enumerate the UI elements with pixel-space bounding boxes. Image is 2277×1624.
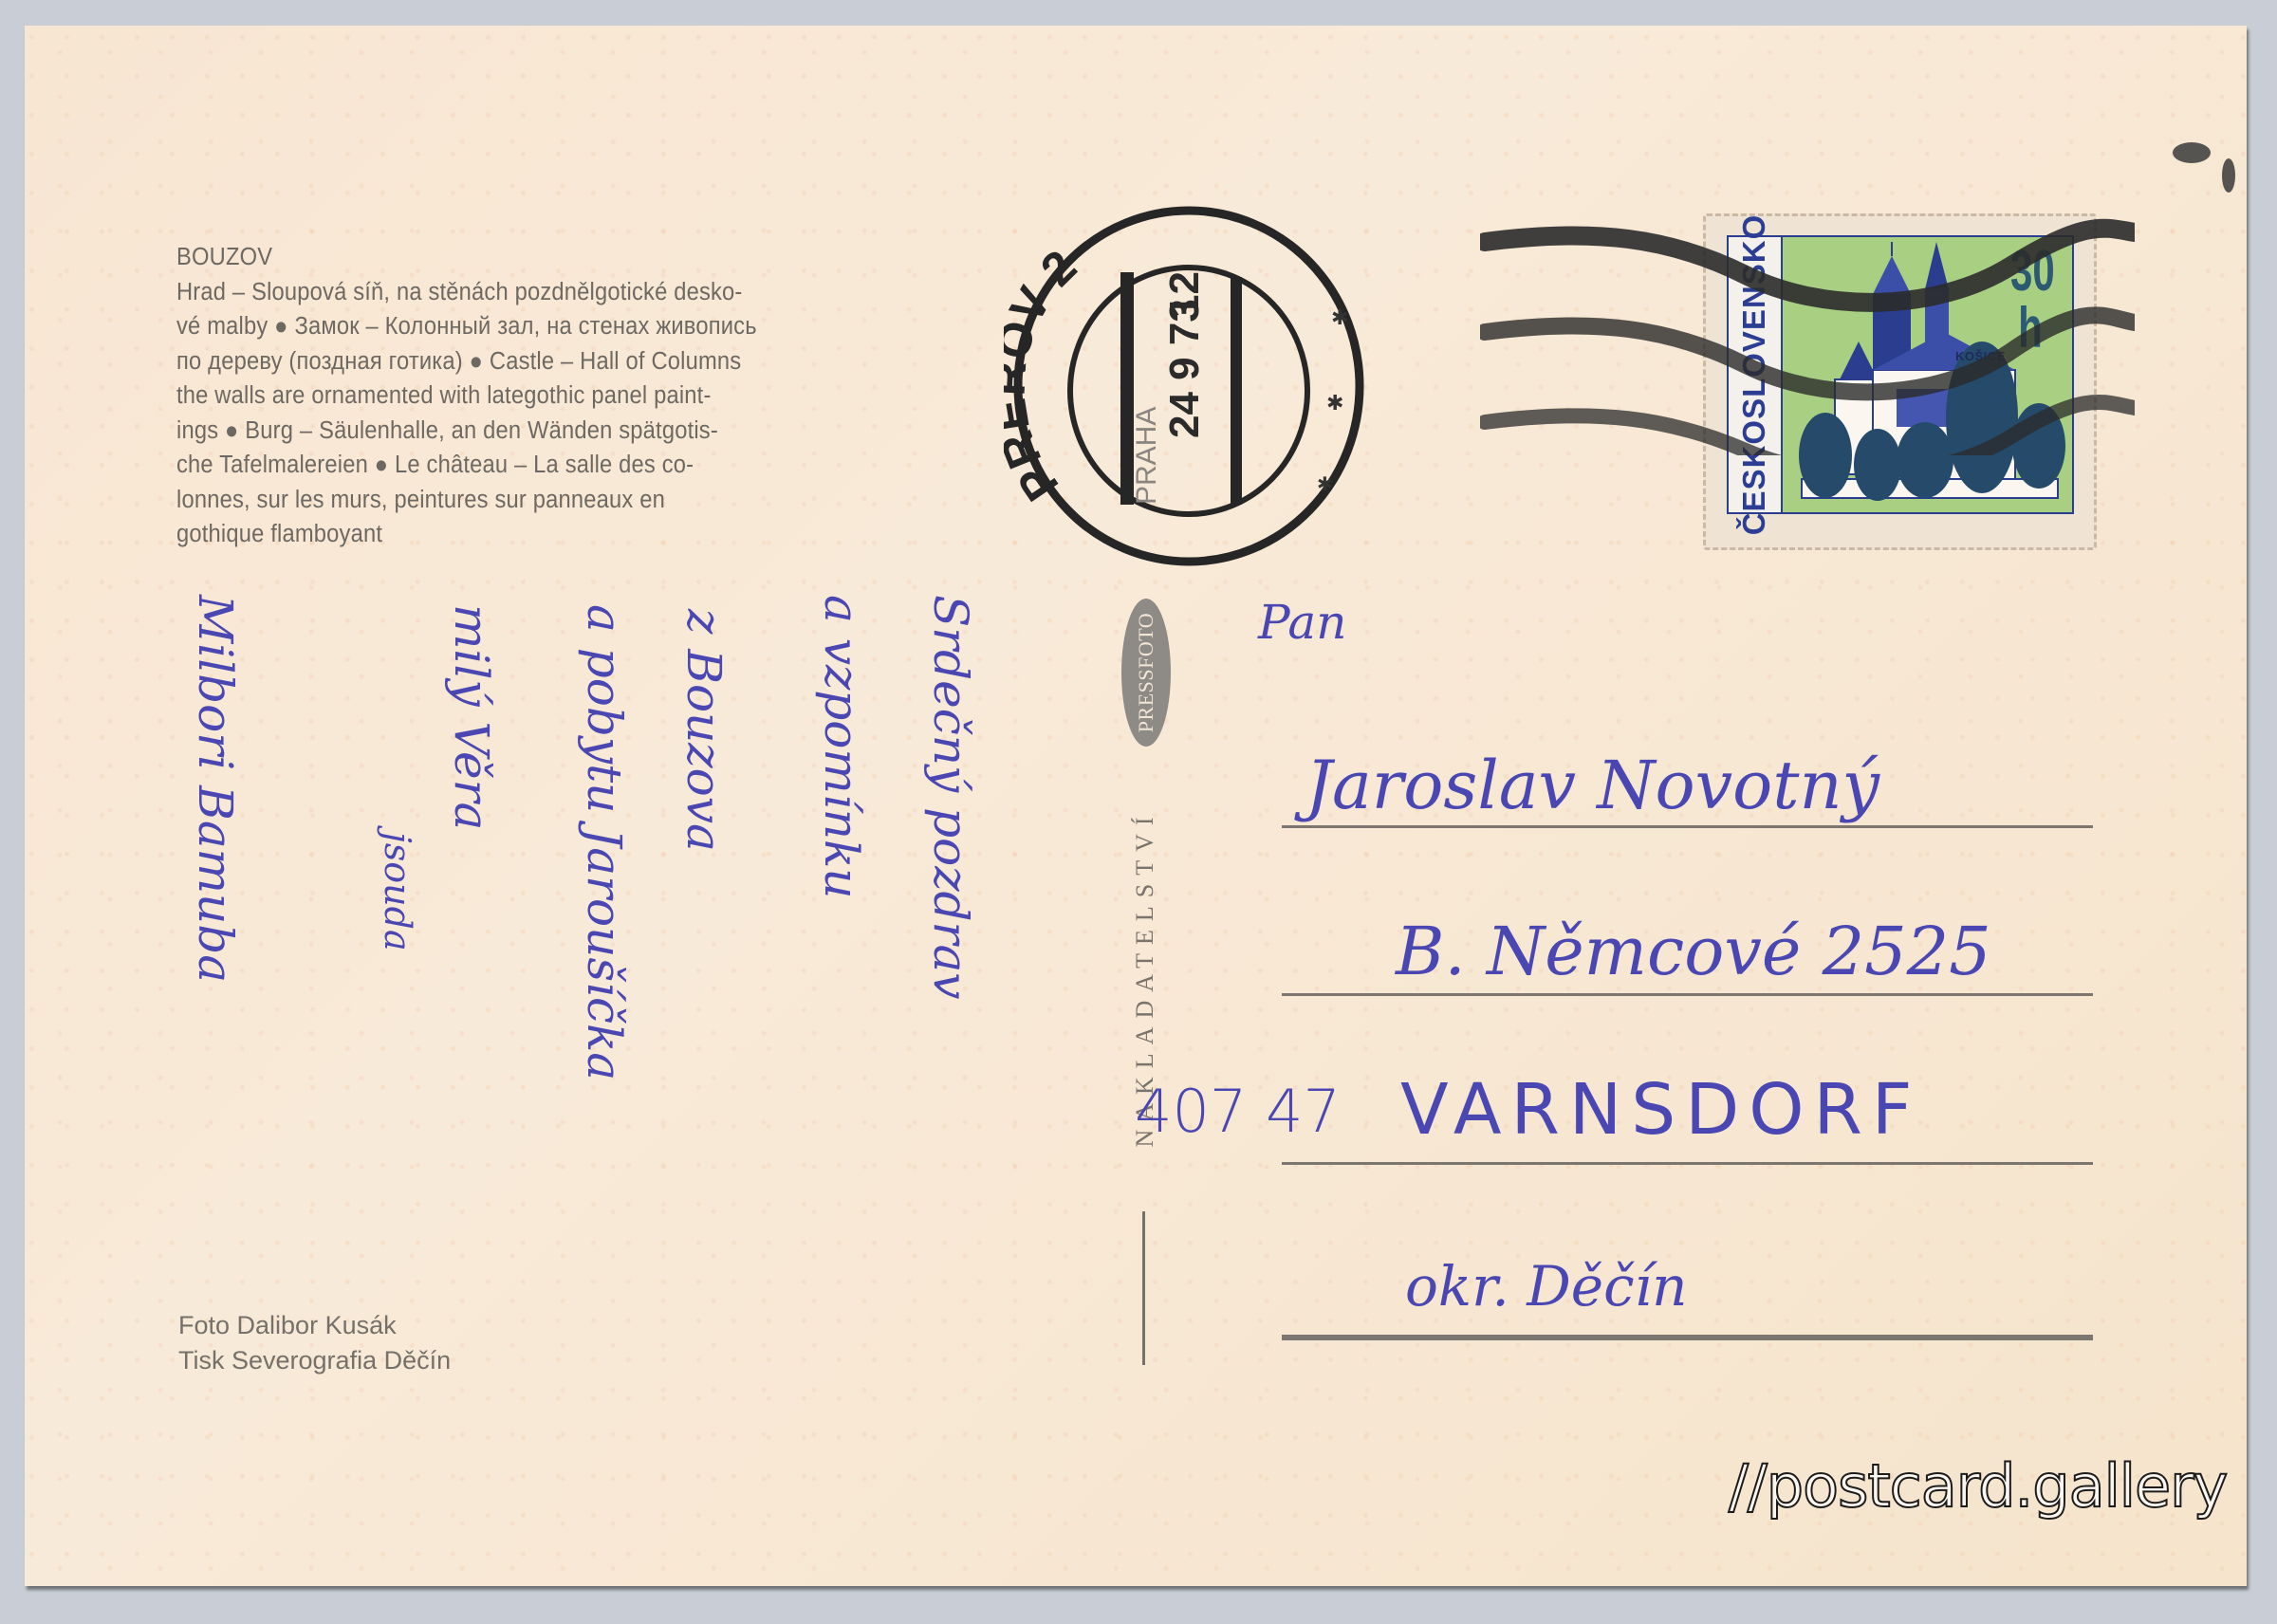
postmark-sub: PRAHA [1131, 407, 1162, 505]
svg-text:✱: ✱ [1326, 391, 1343, 415]
address-line [1282, 825, 2093, 828]
address-city: VARNSDORF [1400, 1069, 1921, 1151]
caption-line: vé malby ● Замок – Колонный зал, на стен… [176, 309, 757, 344]
address-district: okr. Děčín [1405, 1254, 1688, 1319]
postmark-town: PŘEROV 2 [1004, 240, 1086, 510]
signature: Milbori Bamuba [188, 595, 243, 983]
ink-blot [2173, 142, 2211, 163]
caption-title: BOUZOV [176, 240, 757, 275]
address-name: Jaroslav Novotný [1305, 747, 1879, 824]
caption-block: BOUZOV Hrad – Sloupová síň, na stěnách p… [176, 240, 757, 552]
address-salutation: Pan [1258, 595, 1346, 650]
pressfoto-logo-text: PRESSFOTO [1134, 613, 1158, 732]
ink-blot [2222, 158, 2235, 193]
postmark-hour: 12 [1161, 271, 1208, 318]
caption-line: gothique flamboyant [176, 517, 757, 552]
credits: Foto Dalibor Kusák Tisk Severografia Děč… [178, 1308, 451, 1378]
message-line: milý Věra [444, 604, 499, 830]
message-line: jsouda [377, 832, 418, 951]
address-line [1282, 1335, 2093, 1340]
watermark: //postcard.gallery [1729, 1451, 2227, 1521]
message-line: z Bouzova [676, 609, 731, 852]
pressfoto-logo: PRESSFOTO [1121, 599, 1171, 747]
address-postcode: 407 47 [1135, 1077, 1341, 1146]
svg-text:PŘEROV 2: PŘEROV 2 [1004, 240, 1086, 510]
message-line: a pobytu Jaroušíčka [577, 604, 632, 1080]
svg-text:✱: ✱ [1331, 305, 1348, 329]
caption-line: che Tafelmalereien ● Le château – La sal… [176, 448, 757, 483]
address-street: B. Němcové 2525 [1396, 913, 1991, 990]
svg-text:✱: ✱ [1317, 474, 1333, 495]
caption-line: the walls are ornamented with lategothic… [176, 378, 757, 414]
message-line: a vzpomínku [814, 595, 869, 899]
address-line [1282, 993, 2093, 996]
caption-line: lonnes, sur les murs, peintures sur pann… [176, 483, 757, 518]
caption-line: ings ● Burg – Säulenhalle, an den Wänden… [176, 414, 757, 449]
photo-credit: Foto Dalibor Kusák [178, 1308, 451, 1343]
cancellation-waves [1480, 209, 2135, 455]
caption-line: Hrad – Sloupová síň, na stěnách pozdnělg… [176, 275, 757, 310]
caption-line: по дереву (поздная готика) ● Castle – Ha… [176, 344, 757, 379]
message-line: Srdečný pozdrav [923, 595, 978, 1000]
print-credit: Tisk Severografia Děčín [178, 1343, 451, 1378]
divider-line [1142, 1211, 1145, 1365]
address-line [1282, 1162, 2093, 1165]
postmark: PŘEROV 2 24 9 73 12 PRAHA ✱ ✱ ✱ [1004, 201, 1374, 571]
postmark-date: 24 9 73 [1161, 299, 1208, 438]
